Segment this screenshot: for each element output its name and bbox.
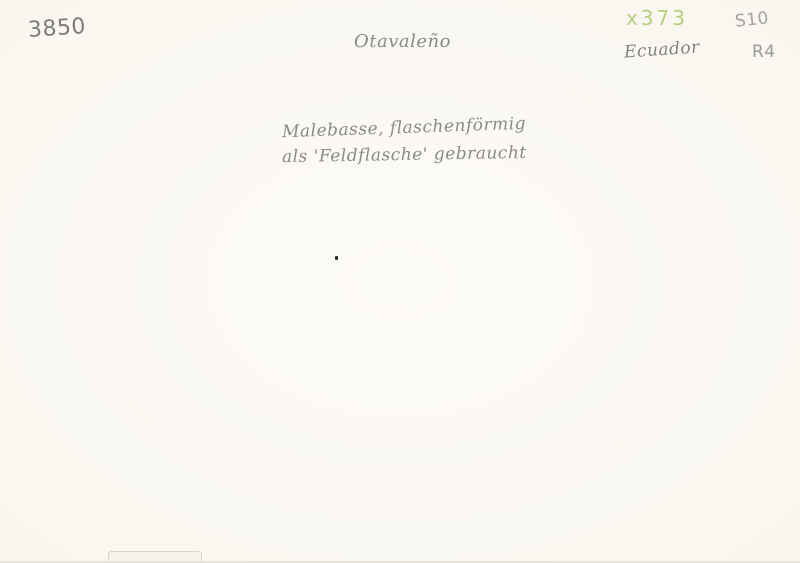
culture-label: Otavaleño xyxy=(354,31,451,52)
inventory-number-green: x373 xyxy=(626,6,688,30)
description-line-1: Malebasse, flaschenförmig xyxy=(282,114,527,143)
description-line-2: als 'Feldflasche' gebraucht xyxy=(282,143,527,167)
country-label: Ecuador xyxy=(623,37,700,62)
reference-code-top: S10 xyxy=(734,8,770,31)
catalog-number: 3850 xyxy=(27,14,87,43)
paper-speck xyxy=(335,256,338,260)
scanned-card-back: 3850 Otavaleño x373 S10 Ecuador R4 Maleb… xyxy=(0,0,800,563)
reference-code-bottom: R4 xyxy=(752,42,776,62)
